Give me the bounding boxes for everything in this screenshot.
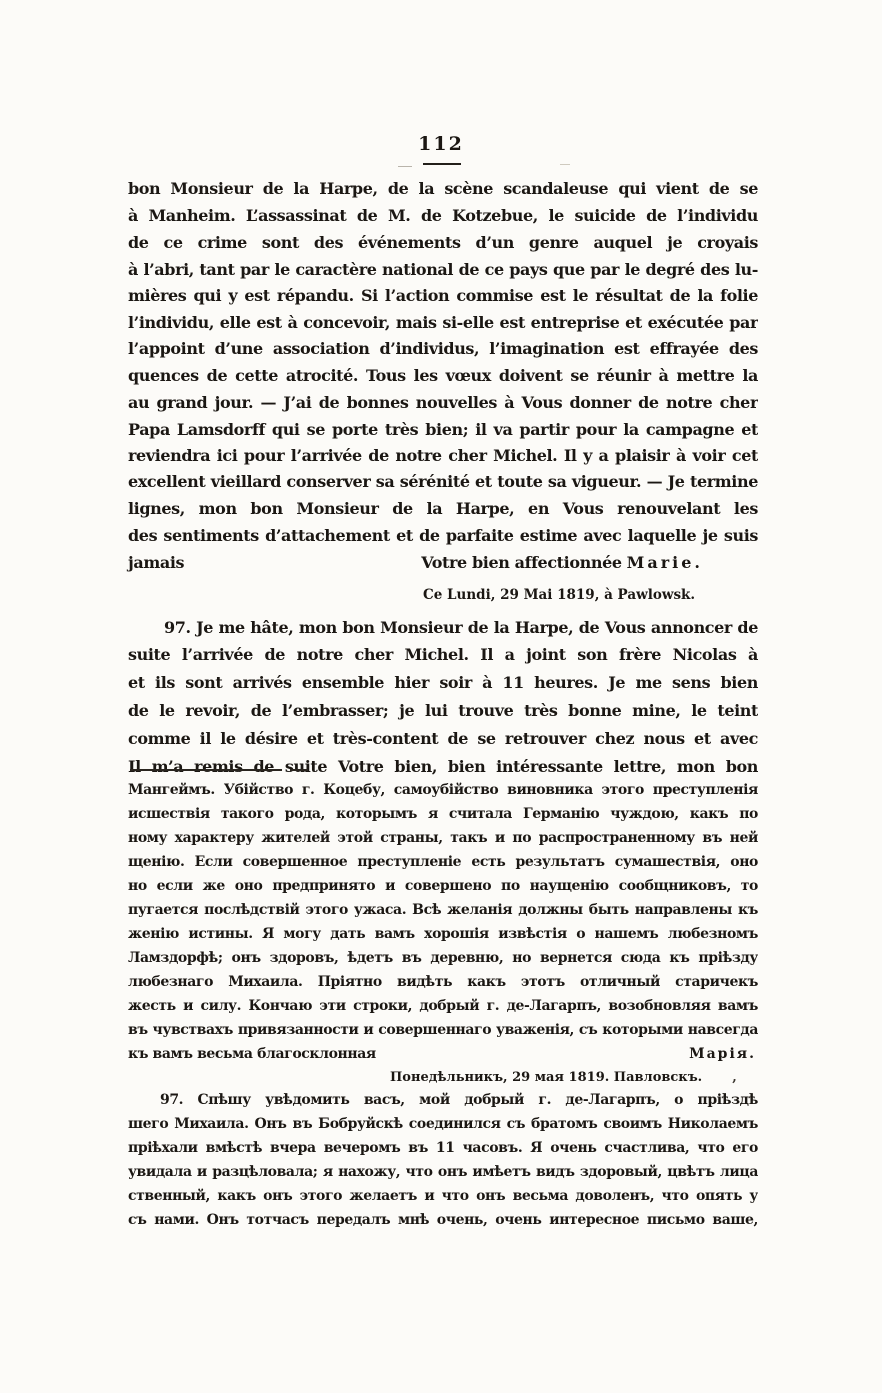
text-line: comme il le désire et très-content de se… — [128, 725, 758, 753]
signature-text: Votre bien affectionnée — [421, 553, 621, 572]
footnote-line: Мангеймъ. Убійство г. Коцебу, самоубійст… — [128, 779, 758, 803]
french-paragraph-97: 97. Je me hâte, mon bon Monsieur de la H… — [128, 614, 758, 781]
text-line: des sentiments d’attachement et de parfa… — [128, 523, 758, 550]
footnote-line: исшествія такого рода, которымъ я считал… — [128, 803, 758, 827]
text-line: mières qui y est répandu. Si l’action co… — [128, 283, 758, 310]
footnote-signature: Марія. — [684, 1043, 758, 1066]
text-line: 97. Je me hâte, mon bon Monsieur de la H… — [128, 614, 758, 641]
text-line: bon Monsieur de la Harpe, de la scène sc… — [128, 176, 758, 203]
footnote-line: ственный, какъ онъ этого желаетъ и что о… — [128, 1185, 758, 1209]
text-line: Il m’a remis de suite Votre bien, bien i… — [128, 753, 758, 781]
signature-word-jamais: jamais — [128, 550, 184, 576]
footnote-line: Ламздорфѣ; онъ здоровъ, ѣдетъ въ деревню… — [128, 947, 758, 971]
text-line: Papa Lamsdorff qui se porte très bien; i… — [128, 417, 758, 443]
footnote-paragraph-continued: Мангеймъ. Убійство г. Коцебу, самоубійст… — [128, 779, 758, 1043]
french-paragraph-continued: bon Monsieur de la Harpe, de la scène sc… — [128, 176, 758, 550]
footnote-line: женію истины. Я могу дать вамъ хорошія и… — [128, 923, 758, 947]
french-signature-row: jamais Votre bien affectionnéeMarie. — [128, 550, 758, 576]
footnote-line: увидала и разцѣловала; я нахожу, что онъ… — [128, 1161, 758, 1185]
page-number-underline — [423, 163, 461, 165]
signature-name: Marie. — [627, 553, 703, 572]
separator-segment — [130, 769, 282, 771]
footnote-paragraph-97: 97. Спѣшу увѣдомить васъ, мой добрый г. … — [128, 1089, 758, 1233]
page-number: 112 — [0, 133, 882, 155]
text-line: l’individu, elle est à concevoir, mais s… — [128, 310, 758, 336]
french-signature: Votre bien affectionnéeMarie. — [421, 550, 758, 576]
footnote-line: но если же оно предпринято и совершено п… — [128, 875, 758, 899]
text-line: à l’abri, tant par le caractère national… — [128, 257, 758, 283]
footnote-line: 97. Спѣшу увѣдомить васъ, мой добрый г. … — [128, 1089, 758, 1113]
footnote-line: ному характеру жителей этой страны, такъ… — [128, 827, 758, 851]
footnote-line: любезнаго Михаила. Пріятно видѣть какъ э… — [128, 971, 758, 995]
footnote-line: съ нами. Онъ тотчасъ передалъ мнѣ очень,… — [128, 1209, 758, 1233]
russian-footnote-block: Мангеймъ. Убійство г. Коцебу, самоубійст… — [128, 779, 758, 1233]
text-line: à Manheim. L’assassinat de M. de Kotzebu… — [128, 203, 758, 230]
text-line: de ce crime sont des événements d’un gen… — [128, 230, 758, 257]
footnote-line: пугается послѣдствій этого ужаса. Всѣ же… — [128, 899, 758, 923]
text-line: et ils sont arrivés ensemble hier soir à… — [128, 669, 758, 697]
stray-comma-mark: , — [732, 1070, 737, 1085]
footnote-line: щенію. Если совершенное преступленіе ест… — [128, 851, 758, 875]
scanned-book-page: 112 bon Monsieur de la Harpe, de la scèn… — [0, 0, 882, 1393]
text-line: lignes, mon bon Monsieur de la Harpe, en… — [128, 496, 758, 523]
french-letter-body: bon Monsieur de la Harpe, de la scène sc… — [128, 176, 758, 781]
text-line: excellent vieillard conserver sa sérénit… — [128, 469, 758, 496]
footnote-dateline-row: Понедѣльникъ, 29 мая 1819. Павловскъ., — [128, 1066, 758, 1089]
footnote-line: въ чувствахъ привязанности и совершеннаг… — [128, 1019, 758, 1043]
text-line: quences de cette atrocité. Tous les vœux… — [128, 363, 758, 390]
scan-artifact-mark — [398, 166, 412, 167]
french-dateline: Ce Lundi, 29 Mai 1819, à Pawlowsk. — [128, 584, 758, 606]
text-line: l’appoint d’une association d’individus,… — [128, 336, 758, 363]
footnote-separator — [130, 769, 310, 771]
footnote-line: шего Михаила. Онъ въ Бобруйскѣ соединилс… — [128, 1113, 758, 1137]
text-line: de le revoir, de l’embrasser; je lui tro… — [128, 697, 758, 725]
footnote-line: пріѣхали вмѣстѣ вчера вечеромъ въ 11 час… — [128, 1137, 758, 1161]
footnote-signature-left: къ вамъ весьма благосклонная — [128, 1043, 376, 1066]
text-line: suite l’arrivée de notre cher Michel. Il… — [128, 641, 758, 669]
scan-artifact-mark — [560, 164, 570, 165]
text-line: au grand jour. — J’ai de bonnes nouvelle… — [128, 390, 758, 417]
footnote-signature-row: къ вамъ весьма благосклонная Марія. — [128, 1043, 758, 1066]
footnote-dateline: Понедѣльникъ, 29 мая 1819. Павловскъ. — [390, 1070, 702, 1085]
footnote-line: жесть и силу. Кончаю эти строки, добрый … — [128, 995, 758, 1019]
text-line: reviendra ici pour l’arrivée de notre ch… — [128, 443, 758, 469]
footnote-signature-name: Марія. — [689, 1046, 756, 1062]
separator-segment — [290, 769, 308, 771]
